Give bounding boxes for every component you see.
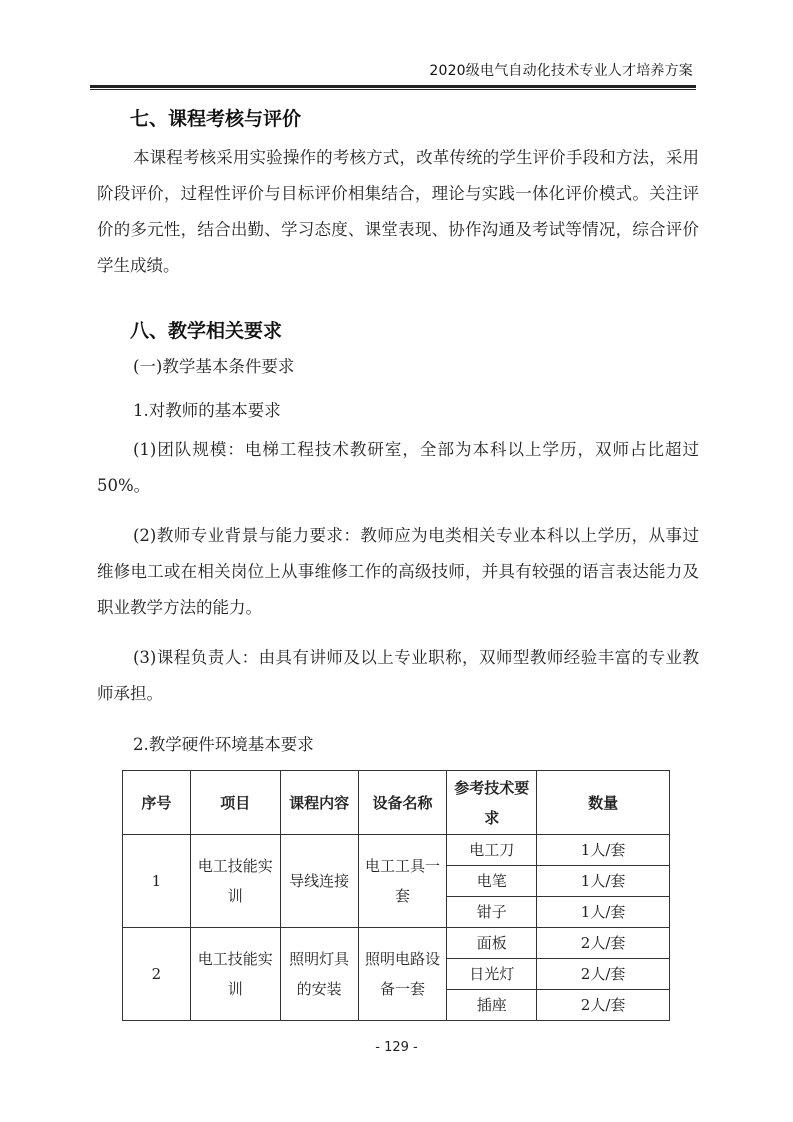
cell-content: 照明灯具的安装 xyxy=(280,928,358,1021)
paragraph-teacher-background: (2)教师专业背景与能力要求：教师应为电类相关专业本科以上学历，从事过维修电工或… xyxy=(97,518,699,626)
cell-no: 2 xyxy=(123,928,191,1021)
cell-qty: 2人/套 xyxy=(537,990,670,1021)
item-hardware-requirements: 2.教学硬件环境基本要求 xyxy=(133,731,314,755)
cell-spec: 电笔 xyxy=(447,866,537,897)
header-double-rule xyxy=(90,85,696,90)
header-no: 序号 xyxy=(123,771,191,835)
cell-qty: 2人/套 xyxy=(537,959,670,990)
header-spec: 参考技术要求 xyxy=(447,771,537,835)
cell-equipment: 照明电路设备一套 xyxy=(358,928,447,1021)
header-title: 2020级电气自动化技术专业人才培养方案 xyxy=(429,60,693,80)
section-heading-8: 八、教学相关要求 xyxy=(130,316,282,343)
cell-spec: 钳子 xyxy=(447,897,537,928)
cell-qty: 2人/套 xyxy=(537,928,670,959)
header-equipment: 设备名称 xyxy=(358,771,447,835)
cell-project: 电工技能实训 xyxy=(190,928,280,1021)
cell-qty: 1人/套 xyxy=(537,866,670,897)
header-project: 项目 xyxy=(190,771,280,835)
item-teacher-requirements: 1.对教师的基本要求 xyxy=(133,397,281,421)
cell-spec: 面板 xyxy=(447,928,537,959)
cell-equipment: 电工工具一套 xyxy=(358,835,447,928)
cell-spec: 日光灯 xyxy=(447,959,537,990)
cell-no: 1 xyxy=(123,835,191,928)
header-qty: 数量 xyxy=(537,771,670,835)
cell-qty: 1人/套 xyxy=(537,897,670,928)
equipment-table: 序号 项目 课程内容 设备名称 参考技术要求 数量 1 电工技能实训 导线连接 … xyxy=(122,770,670,1021)
cell-project: 电工技能实训 xyxy=(190,835,280,928)
subheading-teaching-conditions: (一)教学基本条件要求 xyxy=(133,353,294,377)
table-row: 1 电工技能实训 导线连接 电工工具一套 电工刀 1人/套 xyxy=(123,835,670,866)
section-heading-7: 七、课程考核与评价 xyxy=(130,104,301,131)
paragraph-course-lead: (3)课程负责人：由具有讲师及以上专业职称，双师型教师经验丰富的专业教师承担。 xyxy=(97,640,699,712)
table-row: 2 电工技能实训 照明灯具的安装 照明电路设备一套 面板 2人/套 xyxy=(123,928,670,959)
cell-spec: 电工刀 xyxy=(447,835,537,866)
table-header-row: 序号 项目 课程内容 设备名称 参考技术要求 数量 xyxy=(123,771,670,835)
paragraph-team-size: (1)团队规模：电梯工程技术教研室，全部为本科以上学历，双师占比超过50%。 xyxy=(97,432,699,504)
header-content: 课程内容 xyxy=(280,771,358,835)
section-7-paragraph: 本课程考核采用实验操作的考核方式，改革传统的学生评价手段和方法，采用阶段评价，过… xyxy=(97,140,699,284)
cell-content: 导线连接 xyxy=(280,835,358,928)
cell-qty: 1人/套 xyxy=(537,835,670,866)
cell-spec: 插座 xyxy=(447,990,537,1021)
page-number: - 129 - xyxy=(0,1040,793,1055)
